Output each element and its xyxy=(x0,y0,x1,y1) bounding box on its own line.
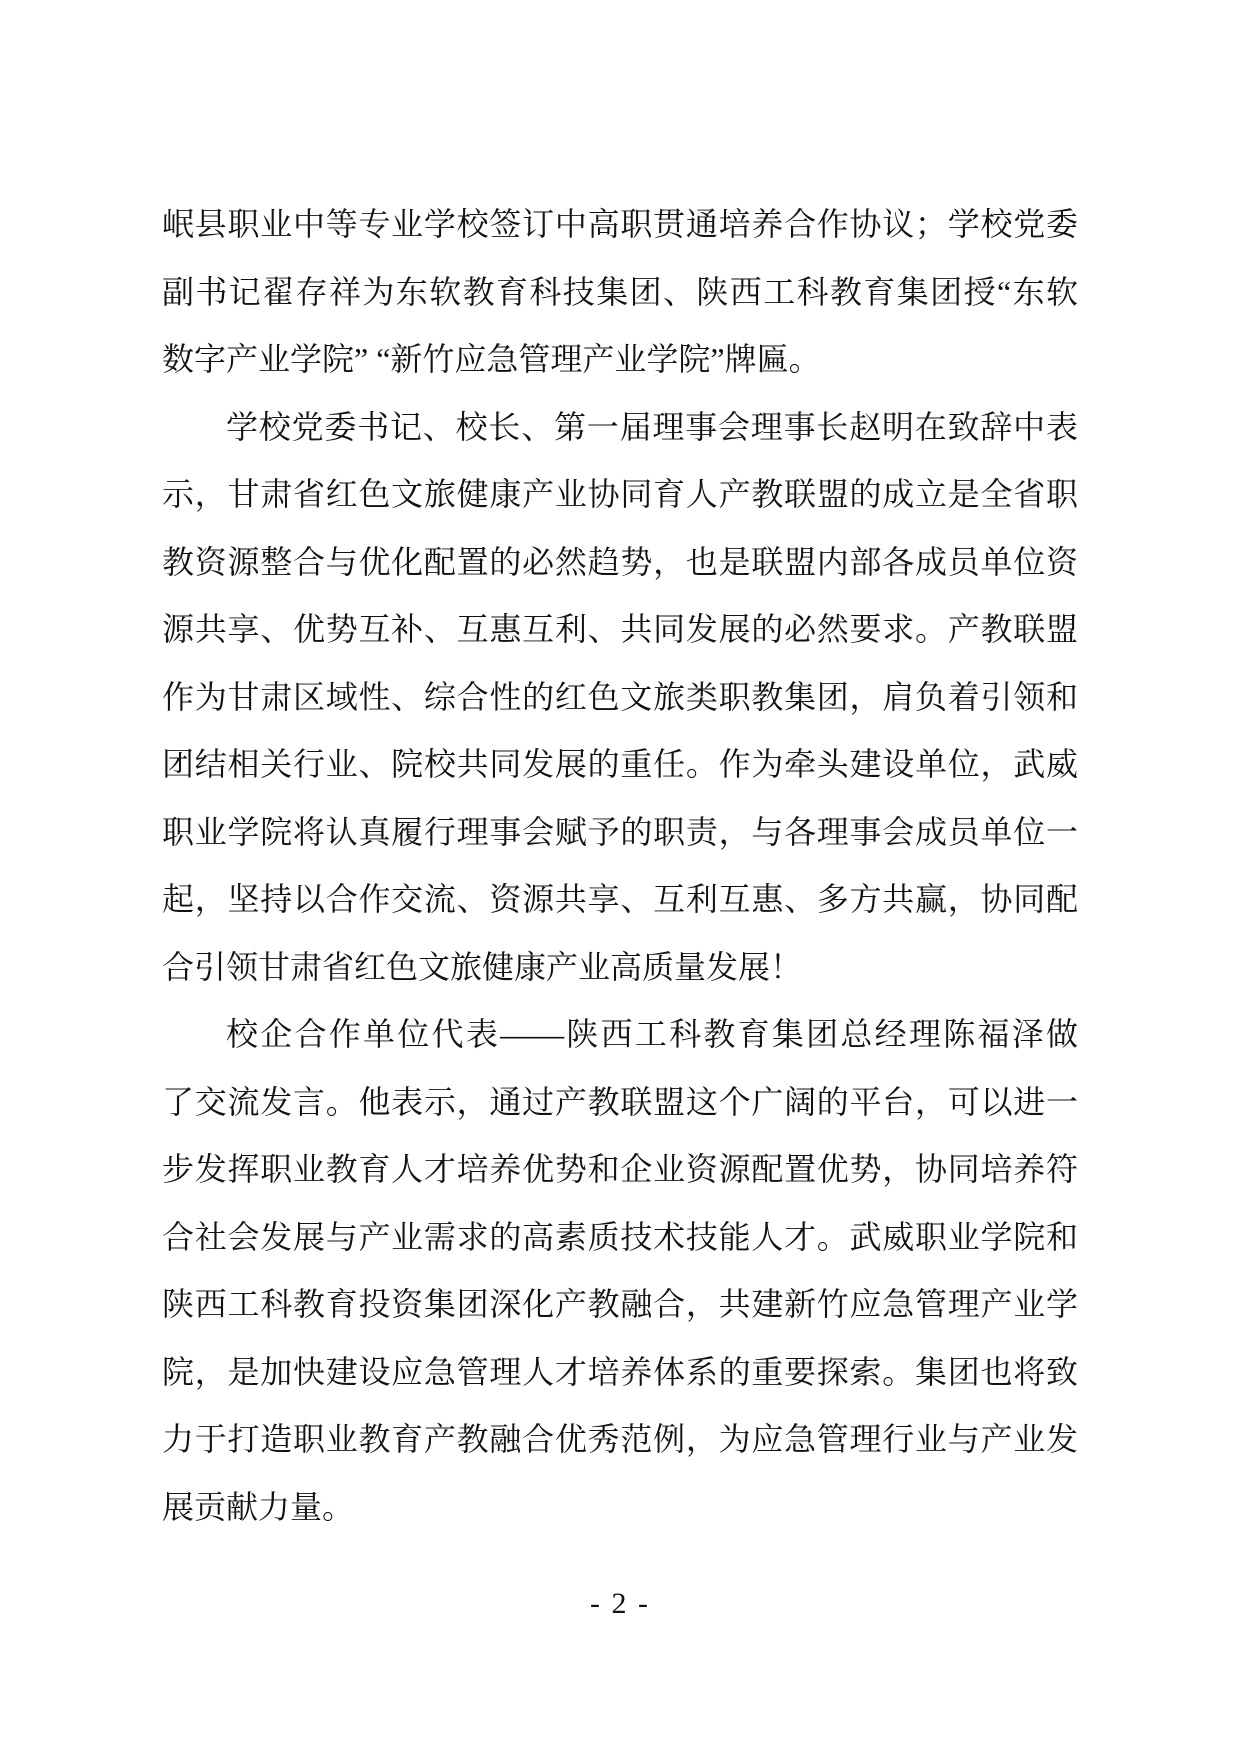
text-line: 源共享、优势互补、互惠互利、共同发展的必然要求。产教联盟 xyxy=(162,596,1078,664)
text-line: 步发挥职业教育人才培养优势和企业资源配置优势，协同培养符 xyxy=(162,1136,1078,1204)
text-line: 职业学院将认真履行理事会赋予的职责，与各理事会成员单位一 xyxy=(162,799,1078,867)
text-line: 作为甘肃区域性、综合性的红色文旅类职教集团，肩负着引领和 xyxy=(162,664,1078,732)
text-line: 团结相关行业、院校共同发展的重任。作为牵头建设单位，武威 xyxy=(162,731,1078,799)
body-text: 岷县职业中等专业学校签订中高职贯通培养合作协议；学校党委 副书记翟存祥为东软教育… xyxy=(162,191,1078,1541)
text-line: 了交流发言。他表示，通过产教联盟这个广阔的平台，可以进一 xyxy=(162,1069,1078,1137)
text-line: 陕西工科教育投资集团深化产教融合，共建新竹应急管理产业学 xyxy=(162,1271,1078,1339)
text-line: 起，坚持以合作交流、资源共享、互利互惠、多方共赢，协同配 xyxy=(162,866,1078,934)
text-line: 院，是加快建设应急管理人才培养体系的重要探索。集团也将致 xyxy=(162,1339,1078,1407)
text-line: 数字产业学院” “新竹应急管理产业学院”牌匾。 xyxy=(162,326,1078,394)
page-number: - 2 - xyxy=(0,1584,1240,1624)
text-line: 力于打造职业教育产教融合优秀范例，为应急管理行业与产业发 xyxy=(162,1406,1078,1474)
text-line: 展贡献力量。 xyxy=(162,1474,1078,1542)
text-line: 合社会发展与产业需求的高素质技术技能人才。武威职业学院和 xyxy=(162,1204,1078,1272)
text-line: 岷县职业中等专业学校签订中高职贯通培养合作协议；学校党委 xyxy=(162,191,1078,259)
text-line: 合引领甘肃省红色文旅健康产业高质量发展！ xyxy=(162,934,1078,1002)
text-line: 教资源整合与优化配置的必然趋势，也是联盟内部各成员单位资 xyxy=(162,529,1078,597)
text-line: 示，甘肃省红色文旅健康产业协同育人产教联盟的成立是全省职 xyxy=(162,461,1078,529)
text-line: 学校党委书记、校长、第一届理事会理事长赵明在致辞中表 xyxy=(162,394,1078,462)
text-line: 副书记翟存祥为东软教育科技集团、陕西工科教育集团授“东软 xyxy=(162,259,1078,327)
document-page: 岷县职业中等专业学校签订中高职贯通培养合作协议；学校党委 副书记翟存祥为东软教育… xyxy=(0,0,1240,1754)
text-line: 校企合作单位代表——陕西工科教育集团总经理陈福泽做 xyxy=(162,1001,1078,1069)
